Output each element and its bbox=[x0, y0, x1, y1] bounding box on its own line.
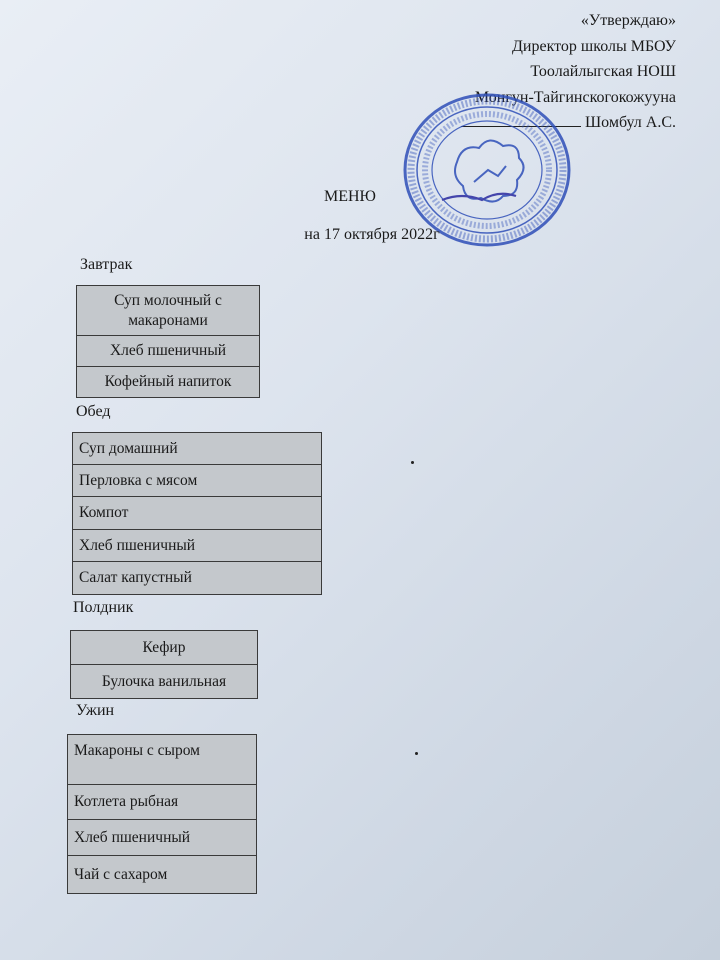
menu-date: на 17 октября 2022г bbox=[12, 226, 720, 244]
table-row: Хлеб пшеничный bbox=[73, 530, 322, 562]
paper-speck bbox=[415, 752, 418, 755]
menu-item: Кофейный напиток bbox=[77, 367, 260, 398]
approval-school: Тоолайлыгская НОШ bbox=[461, 59, 676, 85]
table-row: Суп молочный с макаронами bbox=[77, 286, 260, 336]
section-label-lunch: Обед bbox=[76, 403, 111, 421]
table-row: Макароны с сыром bbox=[68, 735, 257, 785]
menu-item: Чай с сахаром bbox=[68, 856, 257, 894]
table-row: Булочка ванильная bbox=[71, 665, 258, 699]
lunch-table: Суп домашний Перловка с мясом Компот Хле… bbox=[72, 432, 322, 595]
table-row: Котлета рыбная bbox=[68, 785, 257, 820]
section-label-dinner: Ужин bbox=[76, 702, 114, 720]
menu-item: Компот bbox=[73, 497, 322, 530]
table-row: Компот bbox=[73, 497, 322, 530]
page-title: МЕНЮ bbox=[0, 188, 710, 206]
menu-item: Суп молочный с макаронами bbox=[77, 286, 260, 336]
approval-heading: «Утверждаю» bbox=[461, 8, 676, 34]
breakfast-table: Суп молочный с макаронами Хлеб пшеничный… bbox=[76, 285, 260, 398]
signatory-name: Шомбул А.С. bbox=[585, 114, 676, 131]
stamp-icon bbox=[402, 92, 572, 248]
menu-item: Булочка ванильная bbox=[71, 665, 258, 699]
table-row: Перловка с мясом bbox=[73, 465, 322, 497]
table-row: Чай с сахаром bbox=[68, 856, 257, 894]
menu-item: Хлеб пшеничный bbox=[77, 336, 260, 367]
paper-speck bbox=[411, 461, 414, 464]
section-label-snack: Полдник bbox=[73, 599, 133, 617]
table-row: Суп домашний bbox=[73, 433, 322, 465]
menu-item: Суп домашний bbox=[73, 433, 322, 465]
approval-position: Директор школы МБОУ bbox=[461, 34, 676, 60]
menu-item: Котлета рыбная bbox=[68, 785, 257, 820]
snack-table: Кефир Булочка ванильная bbox=[70, 630, 258, 699]
table-row: Кофейный напиток bbox=[77, 367, 260, 398]
table-row: Хлеб пшеничный bbox=[68, 820, 257, 856]
menu-item: Перловка с мясом bbox=[73, 465, 322, 497]
menu-item: Макароны с сыром bbox=[68, 735, 257, 785]
table-row: Хлеб пшеничный bbox=[77, 336, 260, 367]
menu-item: Хлеб пшеничный bbox=[73, 530, 322, 562]
section-label-breakfast: Завтрак bbox=[80, 256, 132, 274]
dinner-table: Макароны с сыром Котлета рыбная Хлеб пше… bbox=[67, 734, 257, 894]
table-row: Салат капустный bbox=[73, 562, 322, 595]
table-row: Кефир bbox=[71, 631, 258, 665]
menu-item: Салат капустный bbox=[73, 562, 322, 595]
menu-item: Хлеб пшеничный bbox=[68, 820, 257, 856]
menu-item: Кефир bbox=[71, 631, 258, 665]
